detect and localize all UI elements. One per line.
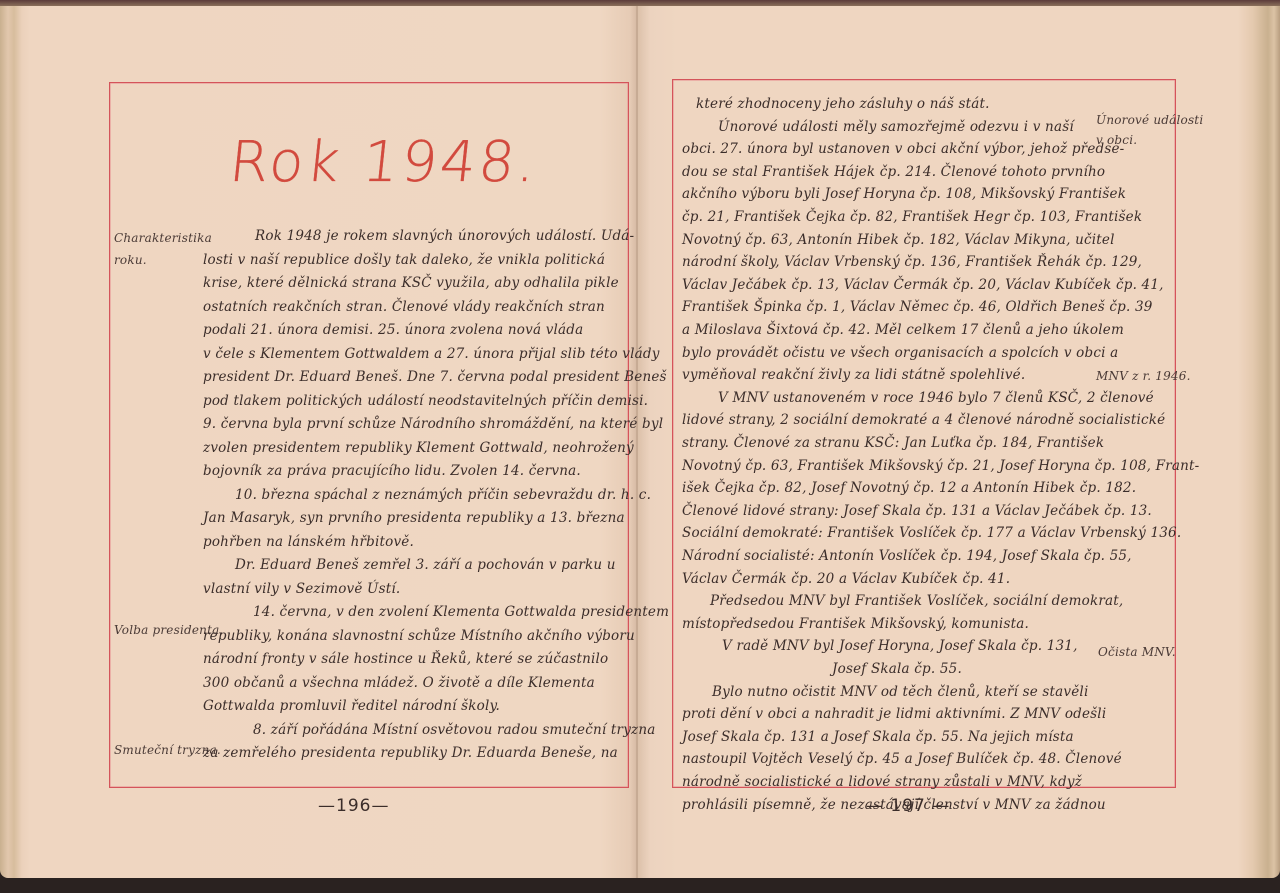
handwritten-line: za zemřelého presidenta republiky Dr. Ed…: [203, 743, 618, 763]
handwritten-line: Národní socialisté: Antonín Voslíček čp.…: [682, 546, 1132, 566]
handwritten-line: Josef Skala čp. 131 a Josef Skala čp. 55…: [682, 727, 1074, 747]
handwritten-line: 9. června byla první schůze Národního sh…: [203, 414, 663, 434]
handwritten-line: a Miloslava Šixtová čp. 42. Měl celkem 1…: [682, 320, 1124, 340]
margin-note: roku.: [114, 250, 147, 270]
handwritten-line: národní školy, Václav Vrbenský čp. 136, …: [682, 252, 1142, 272]
handwritten-line: Bylo nutno očistit MNV od těch členů, kt…: [712, 682, 1088, 702]
handwritten-line: strany. Členové za stranu KSČ: Jan Luťka…: [682, 433, 1104, 453]
page-title: Rok 1948.: [227, 130, 542, 195]
handwritten-line: republiky, konána slavnostní schůze Míst…: [203, 626, 635, 646]
handwritten-line: podali 21. února demisi. 25. února zvole…: [203, 320, 583, 340]
handwritten-line: krise, které dělnická strana KSČ využila…: [203, 273, 619, 293]
handwritten-line: Josef Skala čp. 55.: [832, 659, 962, 679]
handwritten-line: pod tlakem politických událostí neodstav…: [203, 391, 648, 411]
handwritten-line: národně socialistické a lidové strany zů…: [682, 772, 1082, 792]
page-number-right: — 197 —: [866, 796, 950, 816]
handwritten-line: které zhodnoceny jeho zásluhy o náš stát…: [696, 94, 990, 114]
handwritten-line: čp. 21, František Čejka čp. 82, Františe…: [682, 207, 1142, 227]
handwritten-line: 10. března spáchal z neznámých příčin se…: [235, 485, 651, 505]
handwritten-line: president Dr. Eduard Beneš. Dne 7. červn…: [203, 367, 667, 387]
margin-note: MNV z r. 1946.: [1096, 366, 1191, 386]
handwritten-line: V MNV ustanoveném v roce 1946 bylo 7 čle…: [718, 388, 1154, 408]
handwritten-line: 14. června, v den zvolení Klementa Gottw…: [253, 602, 669, 622]
open-book: Rok 1948. Charakteristikaroku.Volba pres…: [0, 0, 1280, 885]
handwritten-line: vlastní vily v Sezimově Ústí.: [203, 579, 400, 599]
handwritten-line: nastoupil Vojtěch Veselý čp. 45 a Josef …: [682, 749, 1122, 769]
margin-note: Očista MNV.: [1098, 642, 1176, 662]
handwritten-line: lidové strany, 2 sociální demokraté a 4 …: [682, 410, 1165, 430]
handwritten-line: losti v naší republice došly tak daleko,…: [203, 250, 605, 270]
handwritten-line: Únorové události měly samozřejmě odezvu …: [718, 117, 1074, 137]
handwritten-line: 8. září pořádána Místní osvětovou radou …: [253, 720, 655, 740]
handwritten-line: ostatních reakčních stran. Členové vlády…: [203, 297, 605, 317]
handwritten-line: bylo provádět očistu ve všech organisací…: [682, 343, 1118, 363]
handwritten-line: František Špinka čp. 1, Václav Němec čp.…: [682, 297, 1153, 317]
handwritten-line: proti dění v obci a nahradit je lidmi ak…: [682, 704, 1106, 724]
handwritten-line: zvolen presidentem republiky Klement Got…: [203, 438, 634, 458]
handwritten-line: Rok 1948 je rokem slavných únorových udá…: [255, 226, 634, 246]
handwritten-line: Václav Čermák čp. 20 a Václav Kubíček čp…: [682, 569, 1010, 589]
handwritten-line: bojovník za práva pracujícího lidu. Zvol…: [203, 461, 581, 481]
handwritten-line: Václav Ječábek čp. 13, Václav Čermák čp.…: [682, 275, 1164, 295]
handwritten-line: obci. 27. února byl ustanoven v obci akč…: [682, 139, 1124, 159]
handwritten-line: národní fronty v sále hostince u Řeků, k…: [203, 649, 608, 669]
margin-note: Únorové události: [1096, 110, 1203, 130]
handwritten-line: Dr. Eduard Beneš zemřel 3. září a pochov…: [235, 555, 616, 575]
handwritten-line: dou se stal František Hájek čp. 214. Čle…: [682, 162, 1105, 182]
handwritten-line: akčního výboru byli Josef Horyna čp. 108…: [682, 184, 1126, 204]
handwritten-line: Předsedou MNV byl František Voslíček, so…: [710, 591, 1123, 611]
handwritten-line: 300 občanů a všechna mládež. O životě a …: [203, 673, 595, 693]
handwritten-line: místopředsedou František Mikšovský, komu…: [682, 614, 1029, 634]
handwritten-line: vyměňoval reakční živly za lidi státně s…: [682, 365, 1025, 385]
page-number-left: —196—: [318, 796, 389, 816]
margin-note: Charakteristika: [114, 228, 212, 248]
handwritten-line: v čele s Klementem Gottwaldem a 27. únor…: [203, 344, 660, 364]
handwritten-line: Sociální demokraté: František Voslíček č…: [682, 523, 1181, 543]
handwritten-line: pohřben na lánském hřbitově.: [203, 532, 414, 552]
handwritten-line: Novotný čp. 63, František Mikšovský čp. …: [682, 456, 1199, 476]
handwritten-line: Gottwalda promluvil ředitel národní škol…: [203, 696, 500, 716]
handwritten-line: Novotný čp. 63, Antonín Hibek čp. 182, V…: [682, 230, 1115, 250]
handwritten-line: išek Čejka čp. 82, Josef Novotný čp. 12 …: [682, 478, 1136, 498]
handwritten-line: Členové lidové strany: Josef Skala čp. 1…: [682, 501, 1152, 521]
handwritten-line: V radě MNV byl Josef Horyna, Josef Skala…: [722, 636, 1078, 656]
handwritten-line: Jan Masaryk, syn prvního presidenta repu…: [203, 508, 625, 528]
